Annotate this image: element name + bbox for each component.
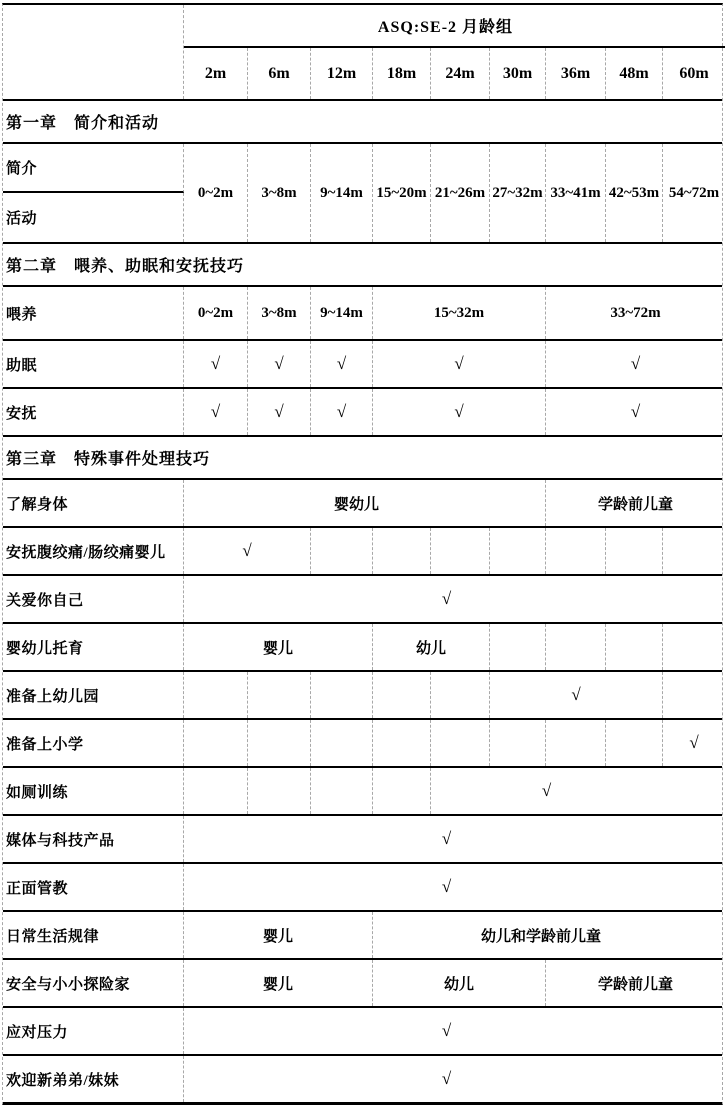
table-cell: 婴儿: [184, 624, 372, 670]
row-label: 关爱你自己: [3, 576, 184, 622]
chapter-row: 第三章 特殊事件处理技巧: [3, 437, 722, 480]
check-mark-cell: √: [184, 576, 725, 622]
table-cell: [184, 720, 247, 766]
table-cell: [184, 768, 247, 814]
table-cell: [247, 720, 310, 766]
table-cell: [184, 672, 247, 718]
age-column-header: 36m: [545, 48, 605, 99]
check-mark-cell: √: [545, 341, 725, 387]
table-cell: 婴儿: [184, 960, 372, 1006]
table-cell: 3~8m: [247, 287, 310, 339]
check-mark-cell: √: [310, 389, 372, 435]
table-cell: [310, 528, 372, 574]
table-cell: [247, 672, 310, 718]
table-cell: 学龄前儿童: [545, 480, 725, 526]
age-range-cell: 21~26m: [430, 144, 489, 242]
check-mark-cell: √: [310, 341, 372, 387]
table-cell: [310, 768, 372, 814]
check-mark-cell: √: [184, 528, 310, 574]
table-cell: 婴幼儿: [184, 480, 545, 526]
row-label: 活动: [3, 193, 184, 242]
age-column-header: 60m: [662, 48, 725, 99]
table-cell: [662, 528, 725, 574]
table-cell: 9~14m: [310, 287, 372, 339]
table-row: 关爱你自己√: [3, 576, 722, 624]
table-cell: 幼儿和学龄前儿童: [372, 912, 725, 958]
row-label: 安全与小小探险家: [3, 960, 184, 1006]
row-label: 如厕训练: [3, 768, 184, 814]
chapter-title: 第三章 特殊事件处理技巧: [3, 437, 725, 478]
age-range-cell: 27~32m: [489, 144, 545, 242]
table-cell: [489, 624, 545, 670]
table-cell: [430, 528, 489, 574]
table-cell: [605, 528, 662, 574]
table-header: ASQ:SE-2 月龄组 2m6m12m18m24m30m36m48m60m: [3, 5, 722, 101]
table-row: 婴幼儿托育婴儿幼儿: [3, 624, 722, 672]
asq-se2-contents-table: ASQ:SE-2 月龄组 2m6m12m18m24m30m36m48m60m 第…: [2, 3, 723, 1105]
row-label: 安抚: [3, 389, 184, 435]
table-row: 准备上小学√: [3, 720, 722, 768]
age-range-cell: 42~53m: [605, 144, 662, 242]
table-row: 助眠√√√√√: [3, 341, 722, 389]
table-cell: [489, 528, 545, 574]
table-cell: 学龄前儿童: [545, 960, 725, 1006]
row-label: 正面管教: [3, 864, 184, 910]
check-mark-cell: √: [372, 341, 545, 387]
table-row: 日常生活规律婴儿幼儿和学龄前儿童: [3, 912, 722, 960]
age-range-cell: 9~14m: [310, 144, 372, 242]
table-body: 第一章 简介和活动简介活动0~2m3~8m9~14m15~20m21~26m27…: [3, 101, 722, 1104]
age-column-header: 24m: [430, 48, 489, 99]
chapter-row: 第二章 喂养、助眠和安抚技巧: [3, 244, 722, 287]
table-row: 正面管教√: [3, 864, 722, 912]
row-label: 应对压力: [3, 1008, 184, 1054]
table-cell: 0~2m: [184, 287, 247, 339]
table-row: 安抚腹绞痛/肠绞痛婴儿√: [3, 528, 722, 576]
corner-cell: [3, 5, 184, 99]
table-cell: [662, 768, 725, 814]
chapter-title: 第二章 喂养、助眠和安抚技巧: [3, 244, 725, 285]
table-cell: [430, 720, 489, 766]
check-mark-cell: √: [184, 816, 725, 862]
age-range-cell: 54~72m: [662, 144, 725, 242]
table-cell: 幼儿: [372, 960, 545, 1006]
check-mark-cell: √: [184, 389, 247, 435]
chapter-row: 第一章 简介和活动: [3, 101, 722, 144]
row-label: 婴幼儿托育: [3, 624, 184, 670]
table-row: 欢迎新弟弟/妹妹√: [3, 1056, 722, 1104]
table-row: 媒体与科技产品√: [3, 816, 722, 864]
age-group-title: ASQ:SE-2 月龄组: [184, 5, 725, 48]
table-cell: [372, 672, 430, 718]
check-mark-cell: √: [184, 1056, 725, 1102]
table-cell: [662, 624, 725, 670]
table-row: 应对压力√: [3, 1008, 722, 1056]
table-cell: 15~32m: [372, 287, 545, 339]
age-column-header: 12m: [310, 48, 372, 99]
check-mark-cell: √: [372, 389, 545, 435]
row-label: 准备上幼儿园: [3, 672, 184, 718]
table-cell: [310, 672, 372, 718]
row-label: 简介: [3, 144, 184, 193]
table-cell: [662, 672, 725, 718]
row-label: 安抚腹绞痛/肠绞痛婴儿: [3, 528, 184, 574]
age-column-header: 30m: [489, 48, 545, 99]
table-cell: [545, 528, 605, 574]
age-range-cell: 33~41m: [545, 144, 605, 242]
table-cell: 婴儿: [184, 912, 372, 958]
check-mark-cell: √: [545, 389, 725, 435]
row-label: 欢迎新弟弟/妹妹: [3, 1056, 184, 1102]
check-mark-cell: √: [247, 341, 310, 387]
check-mark-cell: √: [430, 768, 662, 814]
check-mark-cell: √: [247, 389, 310, 435]
table-cell: [545, 624, 605, 670]
table-cell: [372, 720, 430, 766]
check-mark-cell: √: [489, 672, 662, 718]
row-label: 媒体与科技产品: [3, 816, 184, 862]
check-mark-cell: √: [184, 1008, 725, 1054]
age-column-header: 2m: [184, 48, 247, 99]
row-label: 准备上小学: [3, 720, 184, 766]
age-column-header: 18m: [372, 48, 430, 99]
table-cell: [605, 720, 662, 766]
table-row: 了解身体婴幼儿学龄前儿童: [3, 480, 722, 528]
row-label: 助眠: [3, 341, 184, 387]
table-cell: [247, 768, 310, 814]
table-cell: 33~72m: [545, 287, 725, 339]
double-label-row: 简介活动0~2m3~8m9~14m15~20m21~26m27~32m33~41…: [3, 144, 722, 244]
check-mark-cell: √: [662, 720, 725, 766]
row-label: 了解身体: [3, 480, 184, 526]
table-cell: [310, 720, 372, 766]
check-mark-cell: √: [184, 341, 247, 387]
row-label: 喂养: [3, 287, 184, 339]
table-cell: [372, 768, 430, 814]
table-cell: [489, 720, 545, 766]
age-column-header: 48m: [605, 48, 662, 99]
row-label: 日常生活规律: [3, 912, 184, 958]
page: ASQ:SE-2 月龄组 2m6m12m18m24m30m36m48m60m 第…: [0, 0, 728, 1105]
table-cell: [372, 528, 430, 574]
table-row: 安抚√√√√√: [3, 389, 722, 437]
chapter-title: 第一章 简介和活动: [3, 101, 725, 142]
age-range-cell: 0~2m: [184, 144, 247, 242]
age-column-header: 6m: [247, 48, 310, 99]
table-row: 如厕训练√: [3, 768, 722, 816]
table-cell: [430, 672, 489, 718]
table-cell: 幼儿: [372, 624, 489, 670]
age-range-cell: 3~8m: [247, 144, 310, 242]
table-row: 喂养0~2m3~8m9~14m15~32m33~72m: [3, 287, 722, 341]
table-cell: [545, 720, 605, 766]
table-row: 安全与小小探险家婴儿幼儿学龄前儿童: [3, 960, 722, 1008]
check-mark-cell: √: [184, 864, 725, 910]
table-row: 准备上幼儿园√: [3, 672, 722, 720]
table-cell: [605, 624, 662, 670]
age-range-cell: 15~20m: [372, 144, 430, 242]
